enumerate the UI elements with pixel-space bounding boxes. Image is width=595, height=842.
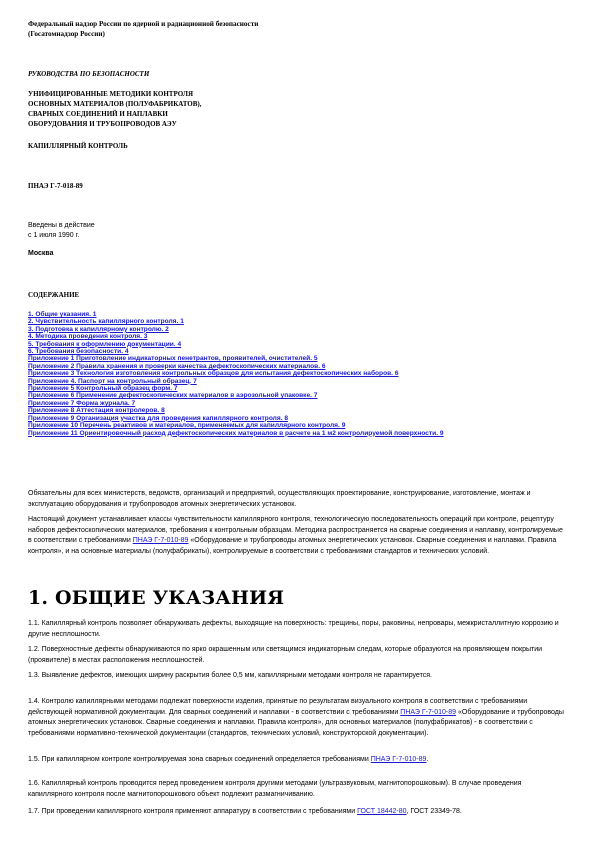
- clause-1-2: 1.2. Поверхностные дефекты обнаруживаютс…: [28, 645, 568, 666]
- toc-link[interactable]: 1. Общие указания. 1: [28, 311, 444, 318]
- toc-link[interactable]: 4. Методика проведения контроля. 3: [28, 333, 444, 340]
- clause-1-3: 1.3. Выявление дефектов, имеющих ширину …: [28, 671, 568, 682]
- document-subtitle: КАПИЛЛЯРНЫЙ КОНТРОЛЬ: [28, 141, 128, 151]
- regulation-link[interactable]: ПНАЭ Г-7-010-89: [400, 709, 456, 716]
- effective-date-label: Введены в действие: [28, 221, 95, 231]
- table-of-contents: 1. Общие указания. 1 2. Чувствительность…: [28, 311, 444, 437]
- toc-link[interactable]: Приложение 1 Приготовление индикаторных …: [28, 355, 444, 362]
- toc-link[interactable]: Приложение 11 Ориентировочный расход деф…: [28, 430, 444, 437]
- toc-link[interactable]: Приложение 9 Организация участка для про…: [28, 415, 444, 422]
- regulation-link[interactable]: ПНАЭ Г-7-010-89: [371, 756, 427, 763]
- section-heading: 1. ОБЩИЕ УКАЗАНИЯ: [28, 587, 284, 609]
- standard-link[interactable]: ГОСТ 18442-80: [357, 808, 406, 815]
- toc-link[interactable]: Приложение 4. Паспорт на контрольный обр…: [28, 378, 444, 385]
- agency-abbrev: (Госатомнадзор России): [28, 29, 105, 39]
- intro-paragraph: Настоящий документ устанавливает классы …: [28, 515, 568, 557]
- title-line: ОБОРУДОВАНИЯ И ТРУБОПРОВОДОВ АЭУ: [28, 119, 177, 129]
- toc-link[interactable]: 5. Требования к оформлению документации.…: [28, 341, 444, 348]
- series-label: РУКОВОДСТВА ПО БЕЗОПАСНОСТИ: [28, 69, 149, 79]
- document-code: ПНАЭ Г-7-018-89: [28, 181, 83, 191]
- toc-link[interactable]: Приложение 10 Перечень реактивов и матер…: [28, 422, 444, 429]
- clause-1-1: 1.1. Капиллярный контроль позволяет обна…: [28, 619, 568, 640]
- clause-1-5: 1.5. При капиллярном контроле контролиру…: [28, 755, 568, 766]
- toc-link[interactable]: Приложение 3 Технология изготовления кон…: [28, 370, 444, 377]
- clause-1-4: 1.4. Контролю капиллярными методами подл…: [28, 697, 568, 739]
- intro-paragraph: Обязательны для всех министерств, ведомс…: [28, 489, 568, 510]
- toc-link[interactable]: Приложение 7 Форма журнала. 7: [28, 400, 444, 407]
- toc-link[interactable]: 3. Подготовка к капиллярному контролю. 2: [28, 326, 444, 333]
- toc-link[interactable]: 2. Чувствительность капиллярного контрол…: [28, 318, 444, 325]
- toc-link[interactable]: Приложение 6 Применение дефектоскопическ…: [28, 392, 444, 399]
- toc-link[interactable]: Приложение 8 Аттестация контролеров. 8: [28, 407, 444, 414]
- effective-date: с 1 июля 1990 г.: [28, 231, 79, 241]
- title-line: СВАРНЫХ СОЕДИНЕНИЙ И НАПЛАВКИ: [28, 109, 168, 119]
- title-line: ОСНОВНЫХ МАТЕРИАЛОВ (ПОЛУФАБРИКАТОВ),: [28, 99, 201, 109]
- clause-1-6: 1.6. Капиллярный контроль проводится пер…: [28, 779, 568, 800]
- regulation-link[interactable]: ПНАЭ Г-7-010-89: [133, 537, 189, 544]
- title-line: УНИФИЦИРОВАННЫЕ МЕТОДИКИ КОНТРОЛЯ: [28, 89, 193, 99]
- city: Москва: [28, 249, 54, 259]
- clause-1-7: 1.7. При проведении капиллярного контрол…: [28, 807, 568, 818]
- agency-name: Федеральный надзор России по ядерной и р…: [28, 19, 258, 29]
- toc-heading: СОДЕРЖАНИЕ: [28, 290, 79, 300]
